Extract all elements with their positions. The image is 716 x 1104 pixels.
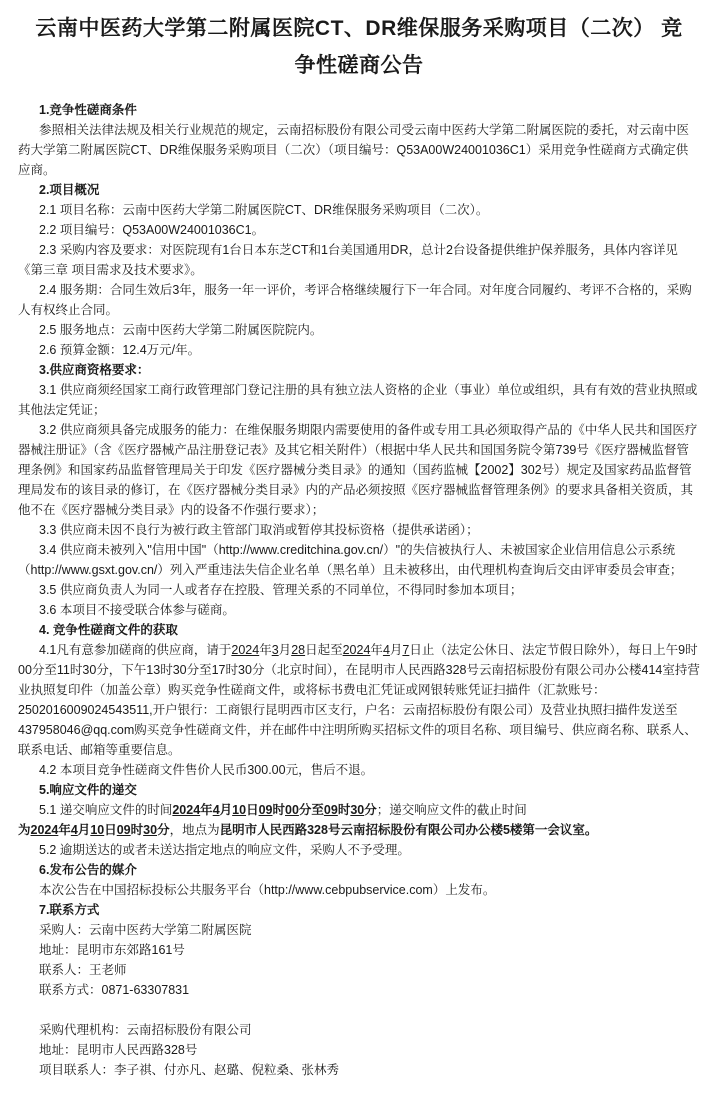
text-run: 2024 — [172, 803, 200, 817]
text-run: 采购代理机构：云南招标股份有限公司 — [39, 1023, 252, 1037]
text-run: 10 — [90, 823, 104, 837]
text-run: 10 — [232, 803, 246, 817]
text-run: 2.3 采购内容及要求：对医院现有1台日本东芝CT和1台美国通用DR，总计2台设… — [18, 243, 678, 277]
paragraph: 5.2 逾期送达的或者未送达指定地点的响应文件，采购人不予受理。 — [18, 840, 700, 860]
text-run: 4 — [213, 803, 220, 817]
text-run: 本次公告在中国招标投标公共服务平台（http://www.cebpubservi… — [39, 883, 495, 897]
text-run: 日 — [246, 803, 259, 817]
text-run: 月 — [390, 643, 403, 657]
paragraph: 5.1 递交响应文件的时间2024年4月10日09时00分至09时30分；递交响… — [18, 800, 700, 840]
text-run: 2.项目概况 — [39, 183, 99, 197]
paragraph: 采购人：云南中医药大学第二附属医院 — [18, 920, 700, 940]
text-run: 地址：昆明市东郊路161号 — [39, 943, 185, 957]
text-run: 1.竞争性磋商条件 — [39, 103, 137, 117]
page-title: 云南中医药大学第二附属医院CT、DR维保服务采购项目（二次） 竞争性磋商公告 — [30, 10, 688, 84]
text-run: ，地点为 — [170, 823, 220, 837]
text-run: 年 — [370, 643, 383, 657]
text-run: 日止 — [409, 643, 434, 657]
text-run: 28 — [291, 643, 305, 657]
section-heading: 5.响应文件的递交 — [18, 780, 700, 800]
text-run: 年 — [58, 823, 71, 837]
text-run: 2024 — [343, 643, 371, 657]
text-run: 3.5 供应商负责人为同一人或者存在控股、管理关系的不同单位，不得同时参加本项目… — [39, 583, 522, 597]
paragraph: 3.5 供应商负责人为同一人或者存在控股、管理关系的不同单位，不得同时参加本项目… — [18, 580, 700, 600]
text-run: 日起至 — [305, 643, 343, 657]
paragraph: 3.3 供应商未因不良行为被行政主管部门取消或暂停其投标资格（提供承诺函）； — [18, 520, 700, 540]
paragraph: 3.4 供应商未被列入"信用中国"（http://www.creditchina… — [18, 540, 700, 580]
section-heading: 6.发布公告的媒介 — [18, 860, 700, 880]
text-run: ；递交响应文件的截止时间 — [377, 803, 527, 817]
text-run: 参照相关法律法规及相关行业规范的规定，云南招标股份有限公司受云南中医药大学第二附… — [18, 123, 689, 177]
text-run: （法定公休日、法定节假日除外），每日上午9时00分至11时30分，下午13时30… — [18, 643, 700, 757]
text-run: 7.联系方式 — [39, 903, 99, 917]
text-run: 时 — [272, 803, 285, 817]
paragraph: 3.1 供应商须经国家工商行政管理部门登记注册的具有独立法人资格的企业（事业）单… — [18, 380, 700, 420]
paragraph: 2.5 服务地点：云南中医药大学第二附属医院院内。 — [18, 320, 700, 340]
text-run: 5.1 递交响应文件的时间 — [39, 803, 172, 817]
text-run: 3.6 本项目不接受联合体参与磋商。 — [39, 603, 235, 617]
text-run: 日 — [104, 823, 117, 837]
text-run: 昆明市人民西路328号云南招标股份有限公司办公楼5楼第一会议室。 — [220, 823, 598, 837]
text-run: 3.供应商资格要求： — [39, 363, 149, 377]
paragraph: 4.2 本项目竞争性磋商文件售价人民币300.00元，售后不退。 — [18, 760, 700, 780]
paragraph: 参照相关法律法规及相关行业规范的规定，云南招标股份有限公司受云南中医药大学第二附… — [18, 120, 700, 180]
text-run: 分 — [364, 803, 377, 817]
text-run: 09 — [117, 823, 131, 837]
text-run: 4 — [383, 643, 390, 657]
text-run: 采购人：云南中医药大学第二附属医院 — [39, 923, 252, 937]
text-run: 年 — [259, 643, 272, 657]
text-run: 3.2 供应商须具备完成服务的能力：在维保服务期限内需要使用的备件或专用工具必须… — [18, 423, 697, 517]
text-run: 月 — [220, 803, 233, 817]
text-run: 4.2 本项目竞争性磋商文件售价人民币300.00元，售后不退。 — [39, 763, 373, 777]
text-run: 月 — [78, 823, 91, 837]
section-heading: 3.供应商资格要求： — [18, 360, 700, 380]
text-run: 6.发布公告的媒介 — [39, 863, 137, 877]
text-run: 4. 竞争性磋商文件的获取 — [39, 623, 178, 637]
paragraph: 联系方式：0871-63307831 — [18, 980, 700, 1000]
text-run: 5.2 逾期送达的或者未送达指定地点的响应文件，采购人不予受理。 — [39, 843, 410, 857]
text-run: 2.1 项目名称：云南中医药大学第二附属医院CT、DR维保服务采购项目（二次）。 — [39, 203, 488, 217]
text-run: 30 — [143, 823, 157, 837]
text-run: 2.6 预算金额：12.4万元/年。 — [39, 343, 200, 357]
text-run: 4.1凡有意参加磋商的供应商，请于 — [39, 643, 231, 657]
text-run: 项目联系人：李子祺、付亦凡、赵璐、倪粒桑、张林秀 — [39, 1063, 339, 1077]
text-run: 月 — [279, 643, 292, 657]
paragraph: 项目联系人：李子祺、付亦凡、赵璐、倪粒桑、张林秀 — [18, 1060, 700, 1080]
text-run: 分 — [157, 823, 170, 837]
paragraph: 2.2 项目编号：Q53A00W24001036C1。 — [18, 220, 700, 240]
section-heading: 1.竞争性磋商条件 — [18, 100, 700, 120]
text-run: 3.4 供应商未被列入"信用中国"（http://www.creditchina… — [18, 543, 682, 577]
paragraph: 2.1 项目名称：云南中医药大学第二附属医院CT、DR维保服务采购项目（二次）。 — [18, 200, 700, 220]
text-run: 2.2 项目编号：Q53A00W24001036C1。 — [39, 223, 264, 237]
section-heading: 7.联系方式 — [18, 900, 700, 920]
text-run: 2.5 服务地点：云南中医药大学第二附属医院院内。 — [39, 323, 322, 337]
text-run: 时 — [338, 803, 351, 817]
text-run: 00 — [285, 803, 299, 817]
section-heading: 4. 竞争性磋商文件的获取 — [18, 620, 700, 640]
document-body: 1.竞争性磋商条件参照相关法律法规及相关行业规范的规定，云南招标股份有限公司受云… — [18, 100, 700, 1080]
spacer — [18, 1000, 700, 1020]
text-run: 时 — [131, 823, 144, 837]
text-run: 为 — [18, 823, 31, 837]
text-run: 2024 — [31, 823, 59, 837]
text-run: 3.3 供应商未因不良行为被行政主管部门取消或暂停其投标资格（提供承诺函）； — [39, 523, 479, 537]
paragraph: 4.1凡有意参加磋商的供应商，请于2024年3月28日起至2024年4月7日止（… — [18, 640, 700, 760]
text-run: 年 — [200, 803, 213, 817]
section-heading: 2.项目概况 — [18, 180, 700, 200]
text-run: 地址：昆明市人民西路328号 — [39, 1043, 197, 1057]
paragraph: 2.4 服务期：合同生效后3年，服务一年一评价，考评合格继续履行下一年合同。对年… — [18, 280, 700, 320]
paragraph: 联系人：王老师 — [18, 960, 700, 980]
paragraph: 地址：昆明市东郊路161号 — [18, 940, 700, 960]
paragraph: 2.6 预算金额：12.4万元/年。 — [18, 340, 700, 360]
text-run: 3.1 供应商须经国家工商行政管理部门登记注册的具有独立法人资格的企业（事业）单… — [18, 383, 697, 417]
text-run: 2.4 服务期：合同生效后3年，服务一年一评价，考评合格继续履行下一年合同。对年… — [18, 283, 692, 317]
text-run: 4 — [71, 823, 78, 837]
paragraph: 2.3 采购内容及要求：对医院现有1台日本东芝CT和1台美国通用DR，总计2台设… — [18, 240, 700, 280]
text-run: 09 — [259, 803, 273, 817]
text-run: 2024 — [231, 643, 259, 657]
text-run: 30 — [350, 803, 364, 817]
text-run: 09 — [324, 803, 338, 817]
paragraph: 3.2 供应商须具备完成服务的能力：在维保服务期限内需要使用的备件或专用工具必须… — [18, 420, 700, 520]
text-run: 联系人：王老师 — [39, 963, 127, 977]
text-run: 联系方式：0871-63307831 — [39, 983, 189, 997]
paragraph: 本次公告在中国招标投标公共服务平台（http://www.cebpubservi… — [18, 880, 700, 900]
text-run: 3 — [272, 643, 279, 657]
paragraph: 3.6 本项目不接受联合体参与磋商。 — [18, 600, 700, 620]
announcement-page: 云南中医药大学第二附属医院CT、DR维保服务采购项目（二次） 竞争性磋商公告 1… — [0, 0, 716, 1104]
text-run: 5.响应文件的递交 — [39, 783, 137, 797]
paragraph: 采购代理机构：云南招标股份有限公司 — [18, 1020, 700, 1040]
text-run: 分至 — [299, 803, 324, 817]
paragraph: 地址：昆明市人民西路328号 — [18, 1040, 700, 1060]
